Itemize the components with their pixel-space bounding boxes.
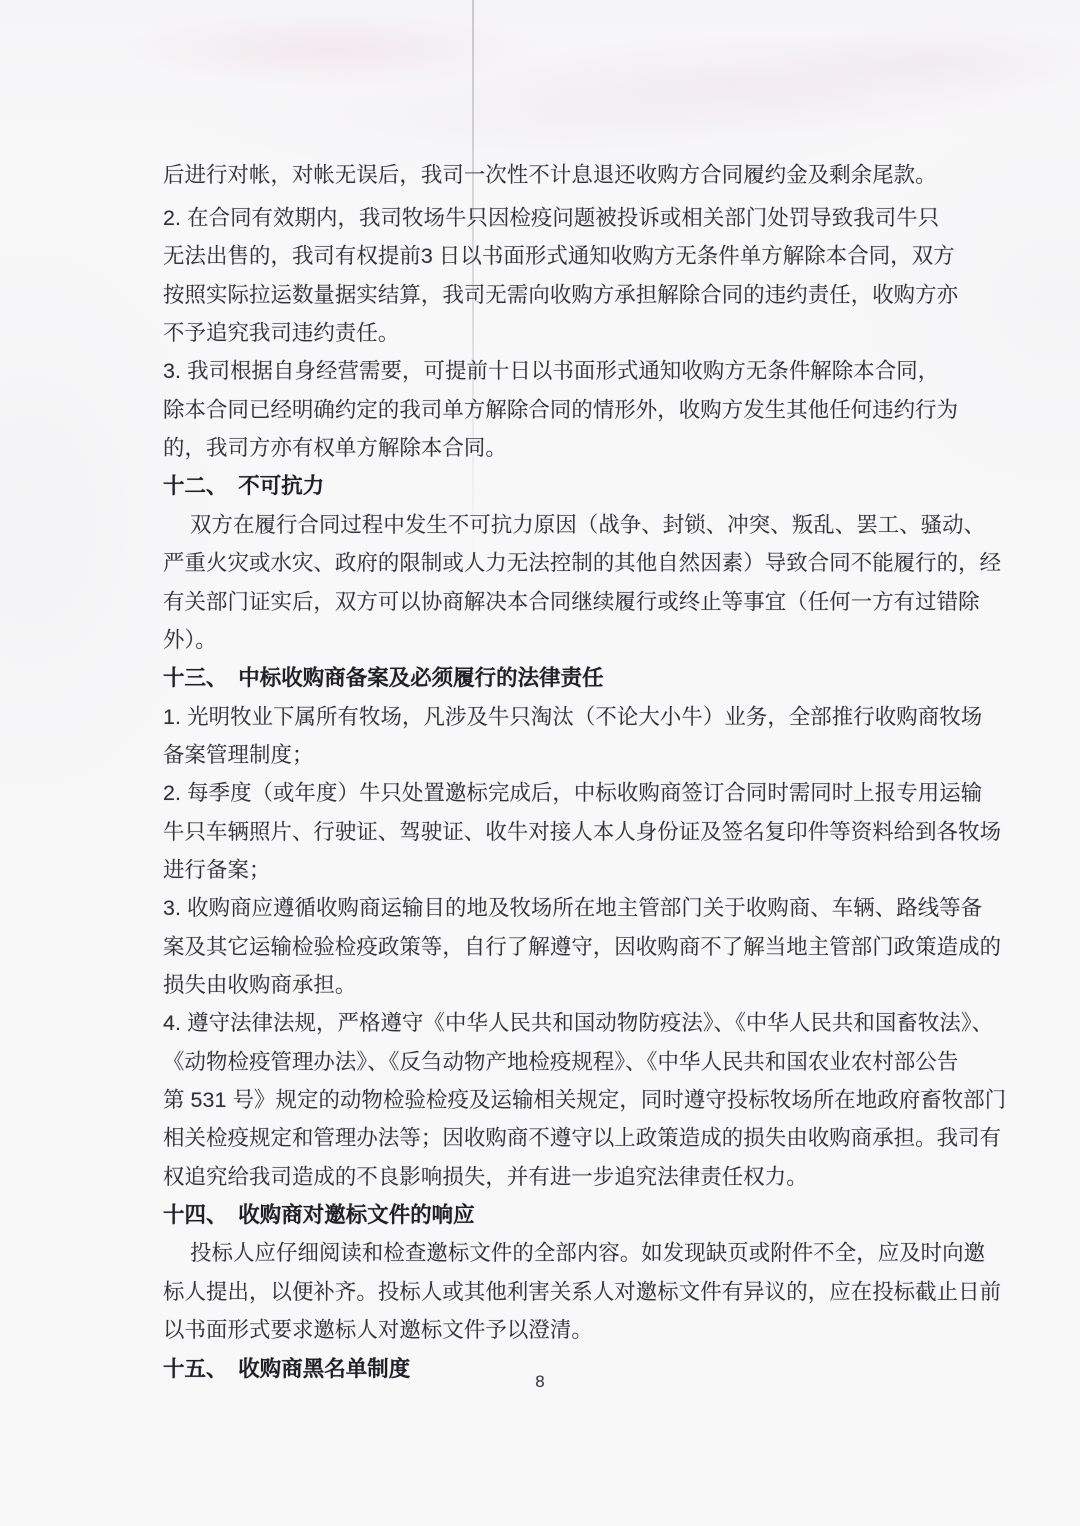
section-heading: 十二、 不可抗力 [163,469,324,500]
text-line: 1. 光明牧业下属所有牧场，凡涉及牛只淘汰（不论大小牛）业务，全部推行收购商牧场 [163,700,982,731]
text-line: 标人提出，以便补齐。投标人或其他利害关系人对邀标文件有异议的，应在投标截止日前 [163,1275,1001,1306]
text-line: 外）。 [163,623,217,654]
text-line: 损失由收购商承担。 [163,968,356,999]
text-line: 不予追究我司违约责任。 [163,316,399,347]
text-line: 双方在履行合同过程中发生不可抗力原因（战争、封锁、冲突、叛乱、罢工、骚动、 [190,508,985,539]
section-heading: 十四、 收购商对邀标文件的响应 [163,1198,475,1229]
text-line: 4. 遵守法律法规，严格遵守《中华人民共和国动物防疫法》、《中华人民共和国畜牧法… [163,1006,993,1037]
text-line: 无法出售的，我司有权提前3 日以书面形式通知收购方无条件单方解除本合同，双方 [163,239,955,270]
text-line: 3. 我司根据自身经营需要，可提前十日以书面形式通知收购方无条件解除本合同， [163,354,939,385]
text-line: 权追究给我司造成的不良影响损失，并有进一步追究法律责任权力。 [163,1160,808,1191]
text-line: 2. 在合同有效期内，我司牧场牛只因检疫问题被投诉或相关部门处罚导致我司牛只 [163,201,939,232]
text-line: 牛只车辆照片、行驶证、驾驶证、收牛对接人本人身份证及签名复印件等资料给到各牧场 [163,815,1001,846]
text-line: 严重火灾或水灾、政府的限制或人力无法控制的其他自然因素）导致合同不能履行的，经 [163,546,1001,577]
text-line: 以书面形式要求邀标人对邀标文件予以澄清。 [163,1313,593,1344]
text-line: 第 531 号》规定的动物检验检疫及运输相关规定，同时遵守投标牧场所在地政府畜牧… [163,1083,1006,1114]
section-heading: 十三、 中标收购商备案及必须履行的法律责任 [163,661,604,692]
text-line: 按照实际拉运数量据实结算，我司无需向收购方承担解除合同的违约责任，收购方亦 [163,278,958,309]
text-line: 投标人应仔细阅读和检查邀标文件的全部内容。如发现缺页或附件不全，应及时向邀 [190,1236,985,1267]
text-line: 相关检疫规定和管理办法等；因收购商不遵守以上政策造成的损失由收购商承担。我司有 [163,1121,1001,1152]
page-number: 8 [0,1372,1080,1392]
document-page: 后进行对帐，对帐无误后，我司一次性不计息退还收购方合同履约金及剩余尾款。2. 在… [0,0,1080,1526]
text-line: 《动物检疫管理办法》、《反刍动物产地检疫规程》、《中华人民共和国农业农村部公告 [163,1045,958,1076]
text-line: 除本合同已经明确约定的我司单方解除合同的情形外，收购方发生其他任何违约行为 [163,393,958,424]
text-line: 备案管理制度； [163,738,313,769]
text-line: 有关部门证实后，双方可以协商解决本合同继续履行或终止等事宜（任何一方有过错除 [163,585,980,616]
text-line: 的，我司方亦有权单方解除本合同。 [163,431,507,462]
text-line: 2. 每季度（或年度）牛只处置邀标完成后，中标收购商签订合同时需同时上报专用运输 [163,776,982,807]
text-line: 后进行对帐，对帐无误后，我司一次性不计息退还收购方合同履约金及剩余尾款。 [163,158,937,189]
text-line: 案及其它运输检验检疫政策等，自行了解遵守，因收购商不了解当地主管部门政策造成的 [163,930,1001,961]
text-line: 3. 收购商应遵循收购商运输目的地及牧场所在地主管部门关于收购商、车辆、路线等备 [163,891,982,922]
text-line: 进行备案； [163,853,270,884]
document-body: 后进行对帐，对帐无误后，我司一次性不计息退还收购方合同履约金及剩余尾款。2. 在… [0,0,1080,1526]
